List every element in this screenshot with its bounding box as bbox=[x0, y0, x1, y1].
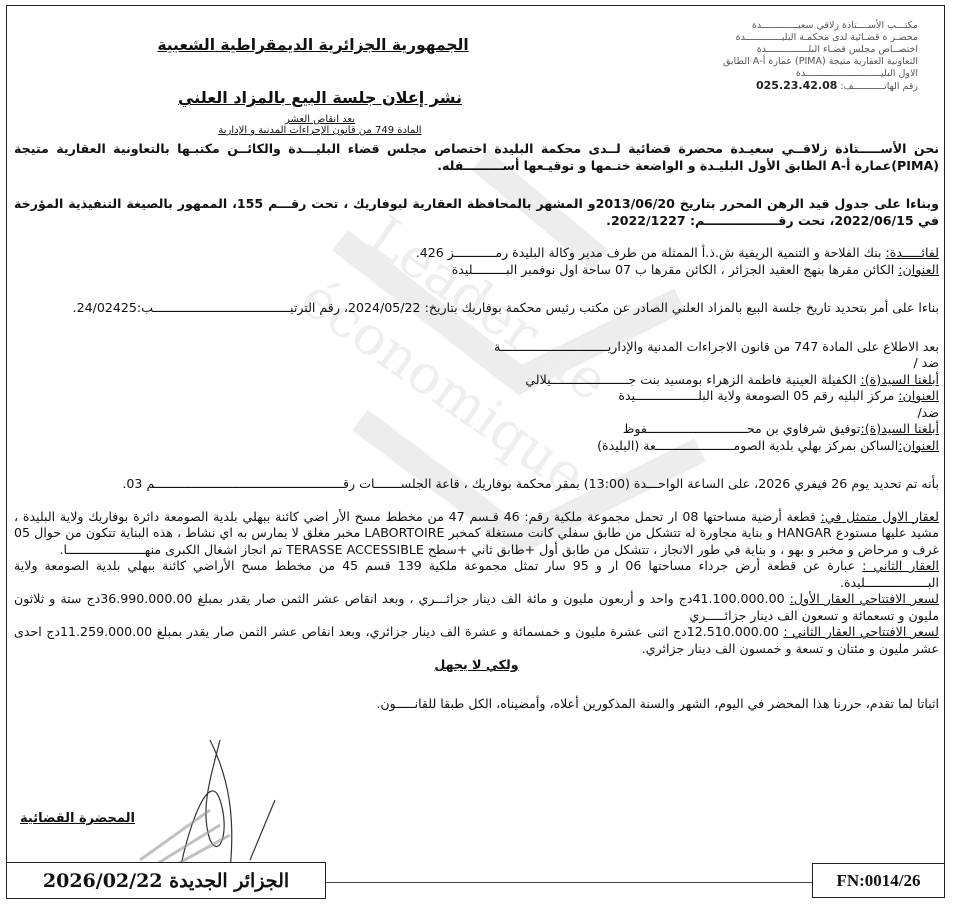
intro-paragraph: نحن الأســـــتاذة زلاقــي سعيـدة محضرة ق… bbox=[14, 141, 939, 174]
phone-label: رقم الهاتـــــــــــف: bbox=[840, 81, 918, 92]
address-text: الكائن مقرها بنهج العقيد الجزائر ، الكائ… bbox=[452, 262, 899, 277]
property-1-paragraph: لعقار الاول متمثل في: قطعة أرضية مساحتها… bbox=[14, 509, 939, 559]
article-reference: بعد الاطلاع على المادة 747 من قانون الاج… bbox=[14, 339, 939, 356]
property-1-text: قطعة أرضية مساحتها 08 ار تحمل مجموعة ملك… bbox=[14, 509, 939, 557]
address-label: العنوان: bbox=[898, 438, 939, 453]
publication-date-box: الجزائر الجديدة 2026/02/22 bbox=[6, 862, 326, 899]
beneficiary-address-line: العنوان: الكائن مقرها بنهج العقيد الجزائ… bbox=[14, 262, 939, 279]
price-2-label: لسعر الافتتاحي العقار الثاني : bbox=[783, 624, 939, 639]
address-text: مركز البليه رقم 05 الصومعة ولاية البلـــ… bbox=[618, 388, 898, 403]
property-2-paragraph: العقار الثاني : عبارة عن قطعة أرض جرداء … bbox=[14, 558, 939, 591]
notice-subtitle: بعد انقاص العشر bbox=[170, 114, 470, 125]
session-paragraph: بأنه تم تحديد يوم 26 فيفري 2026، على الس… bbox=[14, 476, 939, 493]
signature-label: المحضرة القضائية bbox=[20, 811, 135, 826]
order-paragraph: بناءا على أمر بتحديد تاريخ جلسة البيع با… bbox=[14, 300, 939, 317]
phone-number: 025.23.42.08 bbox=[756, 79, 837, 92]
price-1-paragraph: لسعر الافتتاحي العقار الأول: 41.100.000.… bbox=[14, 591, 939, 624]
notified-party-2-address: العنوان:الساكن بمركز بهلي بلدية الصومـــ… bbox=[14, 438, 939, 455]
notice-article: المادة 749 من قانون الإجراءات المدنية و … bbox=[170, 125, 470, 136]
property-1-label: لعقار الاول متمثل في: bbox=[821, 509, 939, 524]
notified-party-2: أبلغنا السيد(ة):توفيق شرفاوي بن محــــــ… bbox=[14, 421, 939, 438]
office-phone-line: رقم الهاتـــــــــــف: 025.23.42.08 bbox=[628, 80, 918, 93]
beneficiary-text: بنك الفلاحة و التنمية الريفية ش.ذ.أ المم… bbox=[416, 245, 886, 260]
closing-motto: ولكي لا يجهل bbox=[14, 657, 939, 674]
property-2-label: العقار الثاني : bbox=[862, 558, 939, 573]
price-1-label: لسعر الافتتاحي العقار الأول: bbox=[790, 591, 939, 606]
beneficiary-line: لفائـــــدة: بنك الفلاحة و التنمية الريف… bbox=[14, 245, 939, 262]
reference-number-box: FN:0014/26 bbox=[812, 863, 945, 898]
notified-label: أبلغنا السيد(ة): bbox=[860, 421, 939, 436]
notified-name: توفيق شرفاوي بن محــــــــــــــــــــــ… bbox=[623, 421, 861, 436]
attestation-paragraph: اثباتا لما تقدم، حررنا هذا المحضر في الي… bbox=[14, 696, 939, 713]
office-line: محضـر ة قضـائية لدى محكمـة البليــــــــ… bbox=[628, 32, 918, 44]
price-2-paragraph: لسعر الافتتاحي العقار الثاني : 12.510.00… bbox=[14, 624, 939, 657]
office-line: التعاونية العقارية متيجة (PIMA) عمارة أ-… bbox=[628, 56, 918, 68]
notice-subtitle-block: بعد انقاص العشر المادة 749 من قانون الإج… bbox=[170, 114, 470, 136]
address-label: العنوان: bbox=[898, 388, 939, 403]
mortgage-paragraph: وبناءا على جدول قيد الرهن المحرر بتاريخ … bbox=[14, 196, 939, 229]
notified-party-1-address: العنوان: مركز البليه رقم 05 الصومعة ولاي… bbox=[14, 388, 939, 405]
notified-label: أبلغنا السيد(ة): bbox=[860, 372, 939, 387]
against-label: ضد / bbox=[14, 355, 939, 372]
address-text: الساكن بمركز بهلي بلدية الصومـــــــــــ… bbox=[597, 438, 898, 453]
against-label: ضد/ bbox=[14, 405, 939, 422]
notified-party-1: أبلغنا السيد(ة): الكفيلة العينية فاطمة ا… bbox=[14, 372, 939, 389]
office-line: اختصــاص مجلس قضـاء البلـــــــــــــــد… bbox=[628, 44, 918, 56]
property-2-text: عبارة عن قطعة أرض جرداء مساحتها 06 ار و … bbox=[14, 558, 939, 590]
office-line: مكتـــب الأســــتاذة زلاقي سعيــــــــــ… bbox=[628, 20, 918, 32]
beneficiary-label: لفائـــــدة: bbox=[886, 245, 939, 260]
bailiff-office-header: مكتـــب الأســــتاذة زلاقي سعيــــــــــ… bbox=[628, 20, 918, 93]
republic-title: الجمهورية الجزائرية الديمقراطية الشعبية bbox=[138, 36, 488, 54]
notice-title: نشر إعلان جلسة البيع بالمزاد العلني bbox=[170, 88, 470, 107]
notified-name: الكفيلة العينية فاطمة الزهراء بومسيد بنت… bbox=[525, 372, 860, 387]
address-label: العنوان: bbox=[898, 262, 939, 277]
notice-body: نحن الأســـــتاذة زلاقــي سعيـدة محضرة ق… bbox=[14, 141, 939, 712]
